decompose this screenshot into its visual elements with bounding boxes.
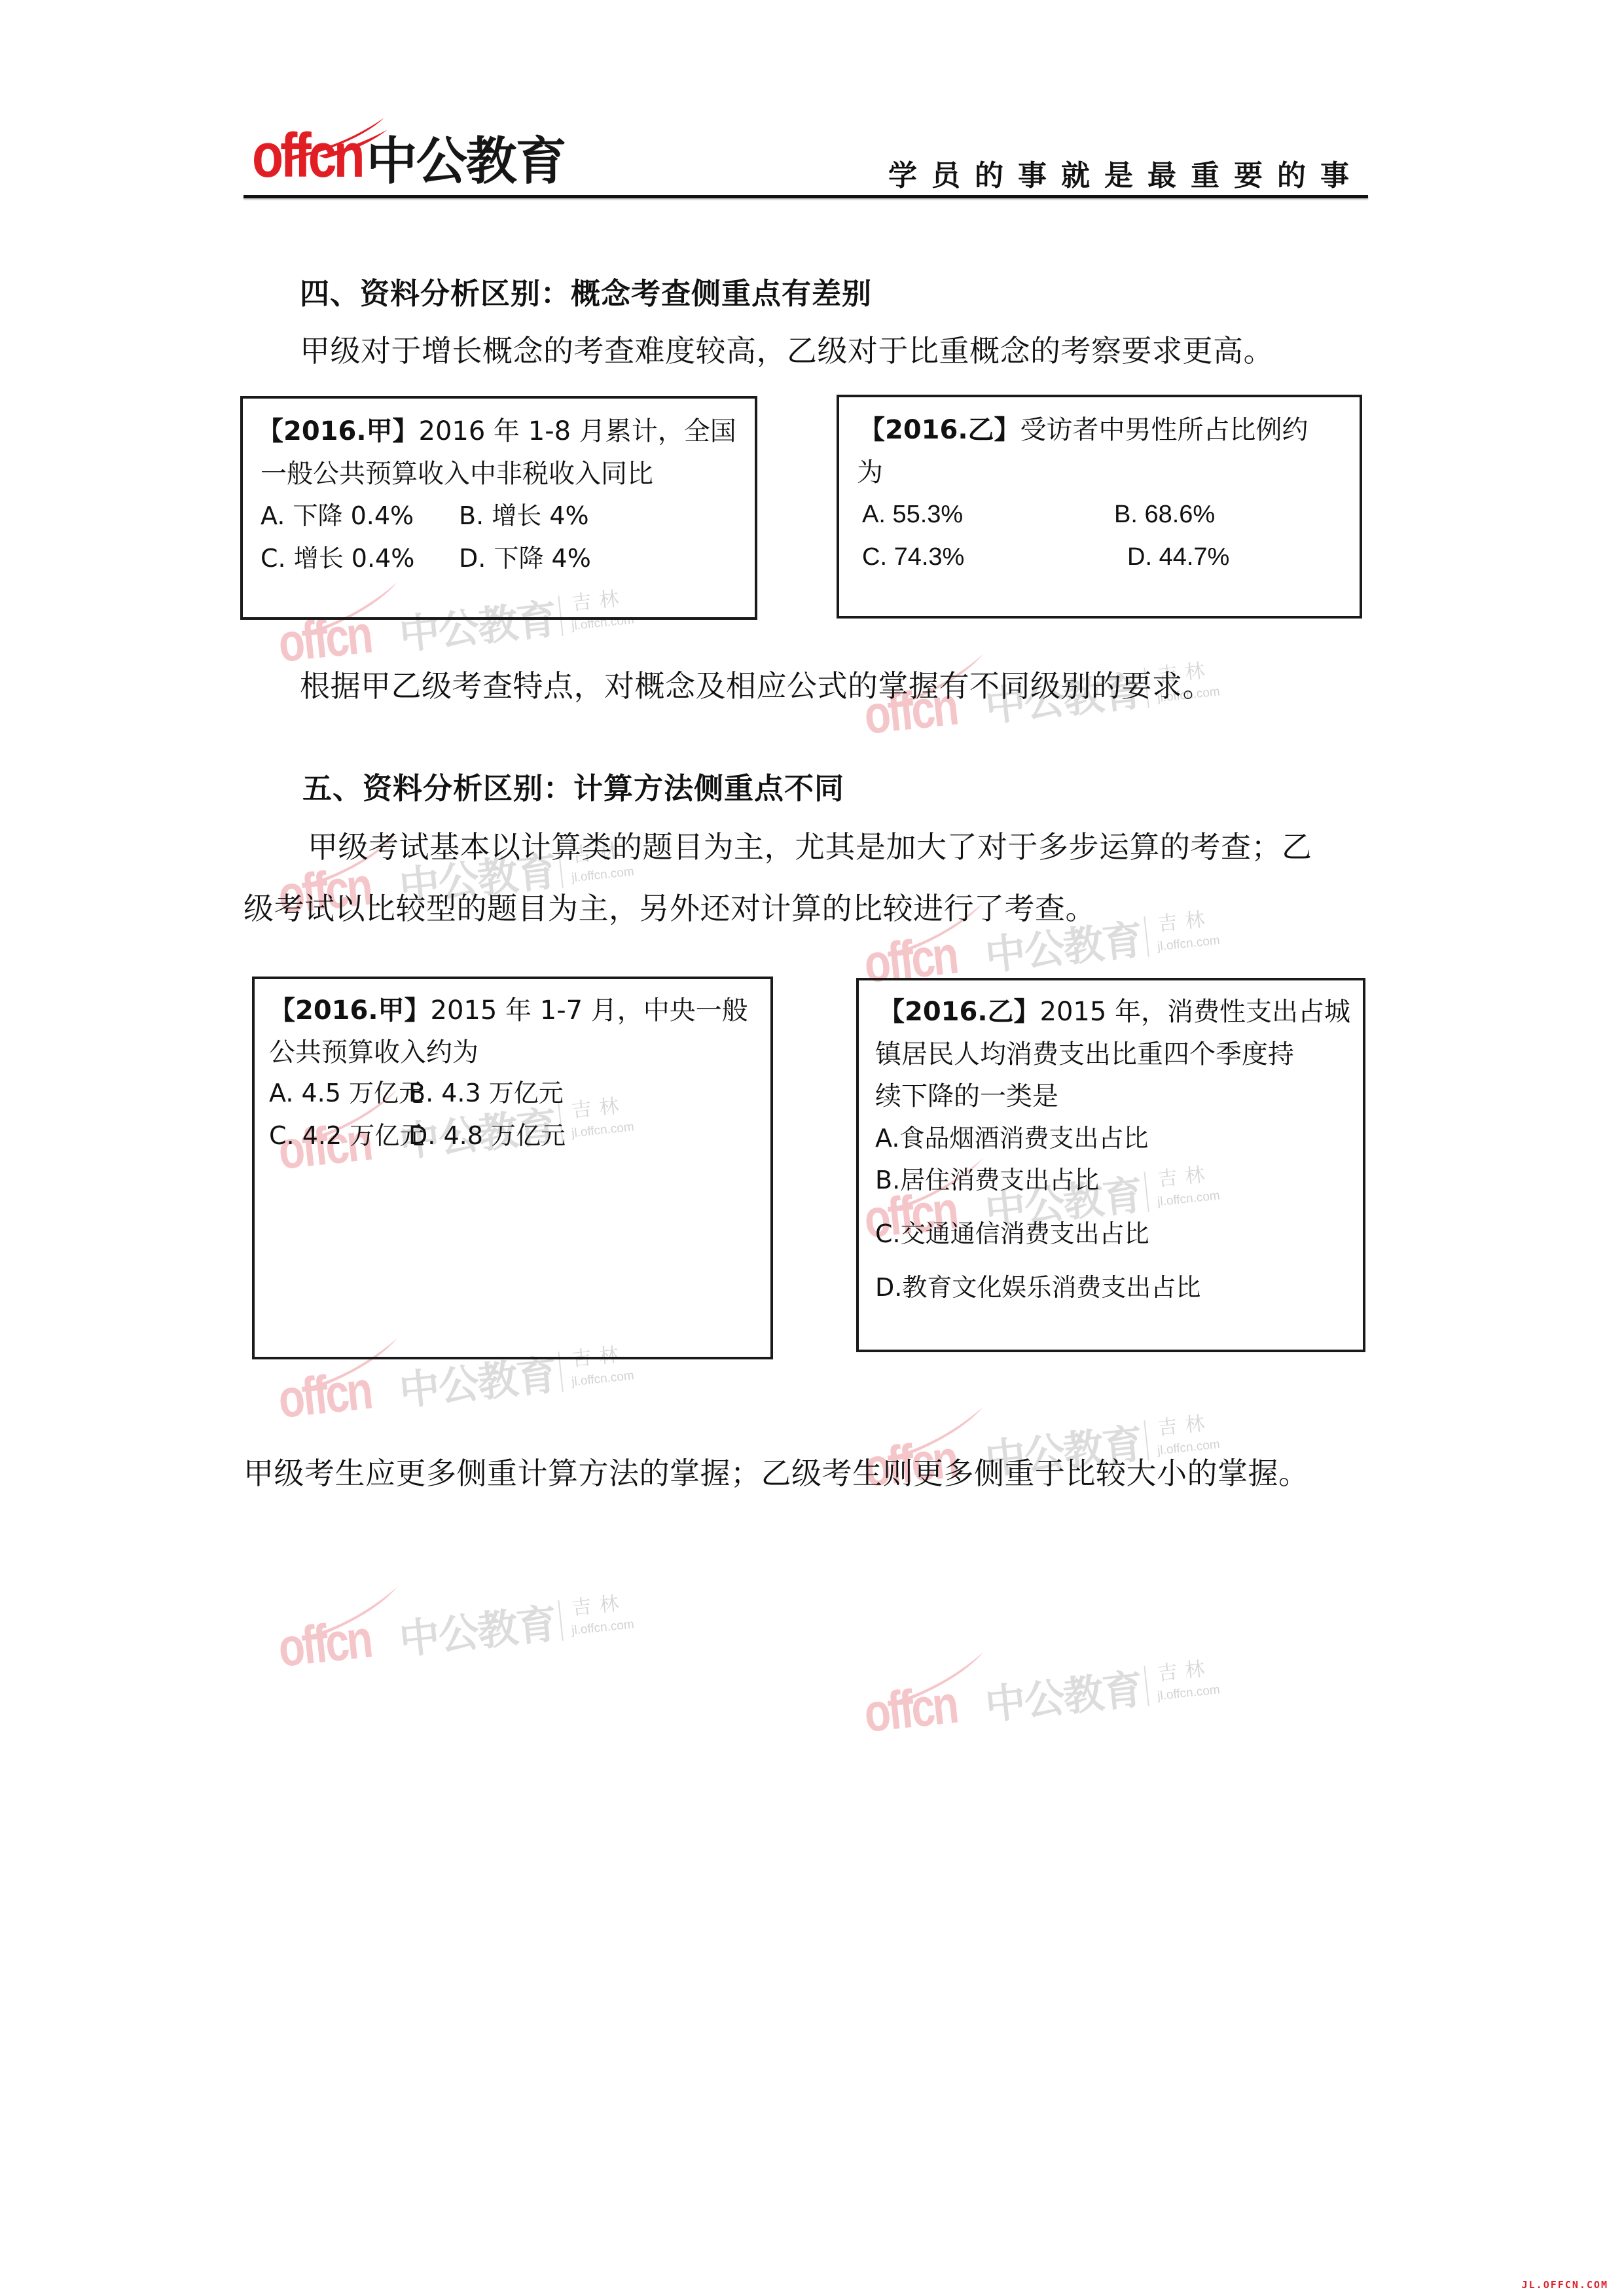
question-tag: 【2016.乙】 [859,415,1020,445]
watermark-swoosh-icon [299,1585,408,1641]
option-a: A. 下降 0.4% [261,503,414,528]
question-box-2016-yi-2: 【2016.乙】2015 年，消费性支出占城 镇居民人均消费支出比重四个季度持 … [856,978,1365,1352]
header-divider [244,195,1368,198]
option-b: B. 增长 4% [459,503,589,528]
section4-intro: 甲级对于增长概念的考查难度较高，乙级对于比重概念的考察要求更高。 [300,327,1274,370]
question-stem-line2: 镇居民人均消费支出比重四个季度持 [875,1041,1294,1067]
question-stem-line1: 【2016.乙】受访者中男性所占比例约 [859,417,1308,443]
option-d: D. 下降 4% [459,546,591,571]
section5-heading: 五、资料分析区别：计算方法侧重点不同 [302,764,844,807]
section5-conclusion: 甲级考生应更多侧重计算方法的掌握；乙级考生则更多侧重于比较大小的掌握。 [244,1450,1309,1493]
question-tag: 【2016.甲】 [269,996,431,1026]
option-c: C. 74.3% [862,545,964,569]
section4-heading: 四、资料分析区别：概念考查侧重点有差别 [300,270,872,312]
section4-conclusion: 根据甲乙级考查特点，对概念及相应公式的掌握有不同级别的要求。 [300,662,1213,706]
question-stem-line2: 公共预算收入约为 [269,1039,478,1066]
watermark: offcn 中公教育 吉林 jl.offcn.com [859,1624,1231,1741]
watermark: offcn 中公教育 吉林 jl.offcn.com [273,1559,645,1676]
option-d: D.教育文化娱乐消费支出占比 [875,1275,1200,1300]
section5-intro-line2: 级考试以比较型的题目为主，另外还对计算的比较进行了考查。 [244,885,1096,928]
option-b: B. 4.3 万亿元 [408,1081,564,1105]
footer-site-url: JL.OFFCN.COM [1522,2279,1608,2291]
logo-swoosh-icon [280,117,391,162]
option-b: B. 68.6% [1114,502,1215,527]
option-b: B.居住消费支出占比 [875,1168,1099,1193]
option-a: A. 4.5 万亿元 [269,1081,424,1105]
option-c: C.交通通信消费支出占比 [875,1221,1149,1246]
option-d: D. 4.8 万亿元 [408,1123,566,1148]
logo-chinese-name: 中公教育 [367,136,566,187]
option-d: D. 44.7% [1127,545,1229,569]
header-tagline: 学员的事就是最重要的事 [888,152,1363,194]
question-stem-line2: 为 [857,459,883,486]
question-stem-line1: 【2016.乙】2015 年，消费性支出占城 [878,999,1350,1025]
question-stem-line1: 【2016.甲】2015 年 1-7 月，中央一般 [269,997,748,1024]
option-c: C. 增长 0.4% [261,546,414,571]
watermark-swoosh-icon [885,1651,994,1707]
question-tag: 【2016.乙】 [878,997,1040,1027]
option-a: A.食品烟酒消费支出占比 [875,1126,1148,1151]
question-tag: 【2016.甲】 [257,416,419,446]
question-stem-line3: 续下降的一类是 [875,1083,1058,1109]
option-a: A. 55.3% [862,502,963,527]
option-c: C. 4.2 万亿元 [269,1123,424,1148]
question-box-2016-jia-1: 【2016.甲】2016 年 1-8 月累计，全国 一般公共预算收入中非税收入同… [240,396,757,620]
question-box-2016-jia-2: 【2016.甲】2015 年 1-7 月，中央一般 公共预算收入约为 A. 4.… [252,977,773,1359]
question-stem-line2: 一般公共预算收入中非税收入同比 [261,461,653,487]
question-stem-line1: 【2016.甲】2016 年 1-8 月累计，全国 [257,418,736,444]
question-box-2016-yi-1: 【2016.乙】受访者中男性所占比例约 为 A. 55.3% B. 68.6% … [837,395,1362,619]
offcn-logo: offcn 中公教育 [252,122,566,187]
section5-intro-line1: 甲级考试基本以计算类的题目为主，尤其是加大了对于多步运算的考查；乙 [308,823,1312,867]
